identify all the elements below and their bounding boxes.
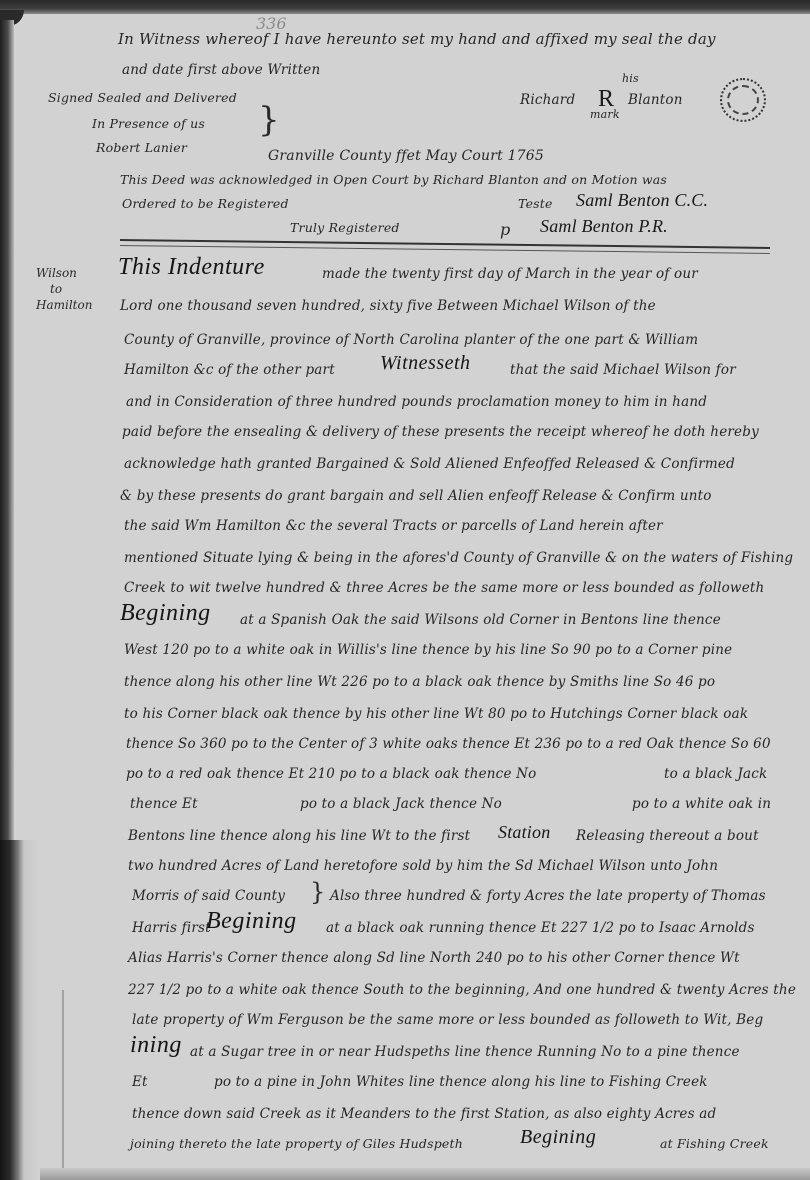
page-top-shadow: [0, 0, 810, 14]
metes-line: thence down said Creek as it Meanders to…: [132, 1106, 716, 1122]
metes-line: Also three hundred & forty Acres the lat…: [330, 888, 766, 904]
metes-line: West 120 po to a white oak in Willis's l…: [124, 642, 732, 658]
indenture-line: mentioned Situate lying & being in the a…: [124, 550, 793, 566]
indenture-line: County of Granville, province of North C…: [124, 332, 698, 348]
indenture-line: Creek to wit twelve hundred & three Acre…: [124, 580, 764, 596]
signature-first-name: Richard: [520, 92, 575, 108]
metes-line: Harris first: [132, 920, 211, 936]
teste-label: Teste: [518, 196, 553, 211]
metes-line: Et: [132, 1074, 148, 1090]
grantor-mark: R: [598, 86, 614, 113]
begining-heading: Begining: [206, 908, 297, 935]
page-bottom-edge: [40, 1168, 810, 1180]
signature-his: his: [622, 72, 639, 85]
court-acknowledgement: This Deed was acknowledged in Open Court…: [120, 172, 667, 187]
begining-heading: Begining: [520, 1126, 596, 1149]
begining-continuation: ining: [130, 1032, 182, 1059]
metes-line: two hundred Acres of Land heretofore sol…: [128, 858, 718, 874]
metes-line: joining thereto the late property of Gil…: [130, 1136, 463, 1151]
register-signature: Saml Benton P.R.: [540, 216, 668, 237]
registered-label: Truly Registered: [290, 220, 400, 235]
metes-line: late property of Wm Ferguson be the same…: [132, 1012, 763, 1028]
witness-name: Robert Lanier: [96, 140, 187, 155]
begining-heading: Begining: [120, 600, 211, 627]
indenture-line: paid before the ensealing & delivery of …: [122, 424, 759, 440]
metes-line: po to a white oak in: [632, 796, 771, 812]
court-heading: Granville County ffet May Court 1765: [268, 148, 544, 164]
indenture-line: the said Wm Hamilton &c the several Trac…: [124, 518, 663, 534]
seal-icon: [720, 78, 766, 122]
metes-line: thence Et: [130, 796, 198, 812]
witness-clause-line-2: and date first above Written: [122, 62, 320, 78]
brace-symbol: }: [310, 878, 325, 906]
witness-clause-line-1: In Witness whereof I have hereunto set m…: [118, 30, 716, 48]
indenture-line: Lord one thousand seven hundred, sixty f…: [120, 298, 656, 314]
indenture-line: & by these presents do grant bargain and…: [120, 488, 712, 504]
court-order: Ordered to be Registered: [122, 196, 289, 211]
indenture-heading: This Indenture: [118, 254, 265, 281]
metes-line: 227 1/2 po to a white oak thence South t…: [128, 982, 796, 998]
metes-line: Alias Harris's Corner thence along Sd li…: [128, 950, 740, 966]
signed-sealed-delivered: Signed Sealed and Delivered: [48, 90, 237, 105]
margin-name-grantee: Hamilton: [36, 298, 92, 312]
metes-line: at a Spanish Oak the said Wilsons old Co…: [240, 612, 721, 628]
margin-name-grantor: Wilson: [36, 266, 77, 280]
metes-line: at a Sugar tree in or near Hudspeths lin…: [190, 1044, 740, 1060]
metes-line: po to a black Jack thence No: [300, 796, 502, 812]
metes-line: at a black oak running thence Et 227 1/2…: [326, 920, 755, 936]
per-symbol: p: [500, 220, 510, 239]
binding-edge-lower: [0, 840, 40, 1180]
indenture-line: that the said Michael Wilson for: [510, 362, 736, 378]
brace-symbol: }: [258, 100, 280, 140]
witnesseth-heading: Witnesseth: [380, 352, 471, 375]
indenture-line: and in Consideration of three hundred po…: [126, 394, 707, 410]
metes-line: to a black Jack: [664, 766, 767, 782]
metes-line: po to a red oak thence Et 210 po to a bl…: [126, 766, 536, 782]
indenture-line: acknowledge hath granted Bargained & Sol…: [124, 456, 735, 472]
metes-line: at Fishing Creek: [660, 1136, 769, 1151]
station-word: Station: [498, 822, 550, 843]
metes-line: thence So 360 po to the Center of 3 whit…: [126, 736, 771, 752]
indenture-line: Hamilton &c of the other part: [124, 362, 335, 378]
signature-last-name: Blanton: [628, 92, 683, 108]
margin-to: to: [50, 282, 62, 296]
margin-rule: [62, 990, 64, 1180]
metes-line: Releasing thereout a bout: [576, 828, 759, 844]
clerk-signature: Saml Benton C.C.: [576, 190, 708, 211]
metes-line: po to a pine in John Whites line thence …: [214, 1074, 708, 1090]
section-divider: [120, 239, 770, 254]
in-presence-label: In Presence of us: [92, 116, 205, 131]
indenture-line: made the twenty first day of March in th…: [322, 266, 698, 282]
metes-line: thence along his other line Wt 226 po to…: [124, 674, 715, 690]
metes-line: to his Corner black oak thence by his ot…: [124, 706, 748, 722]
metes-line: Bentons line thence along his line Wt to…: [128, 828, 470, 844]
metes-line: Morris of said County: [132, 888, 285, 904]
